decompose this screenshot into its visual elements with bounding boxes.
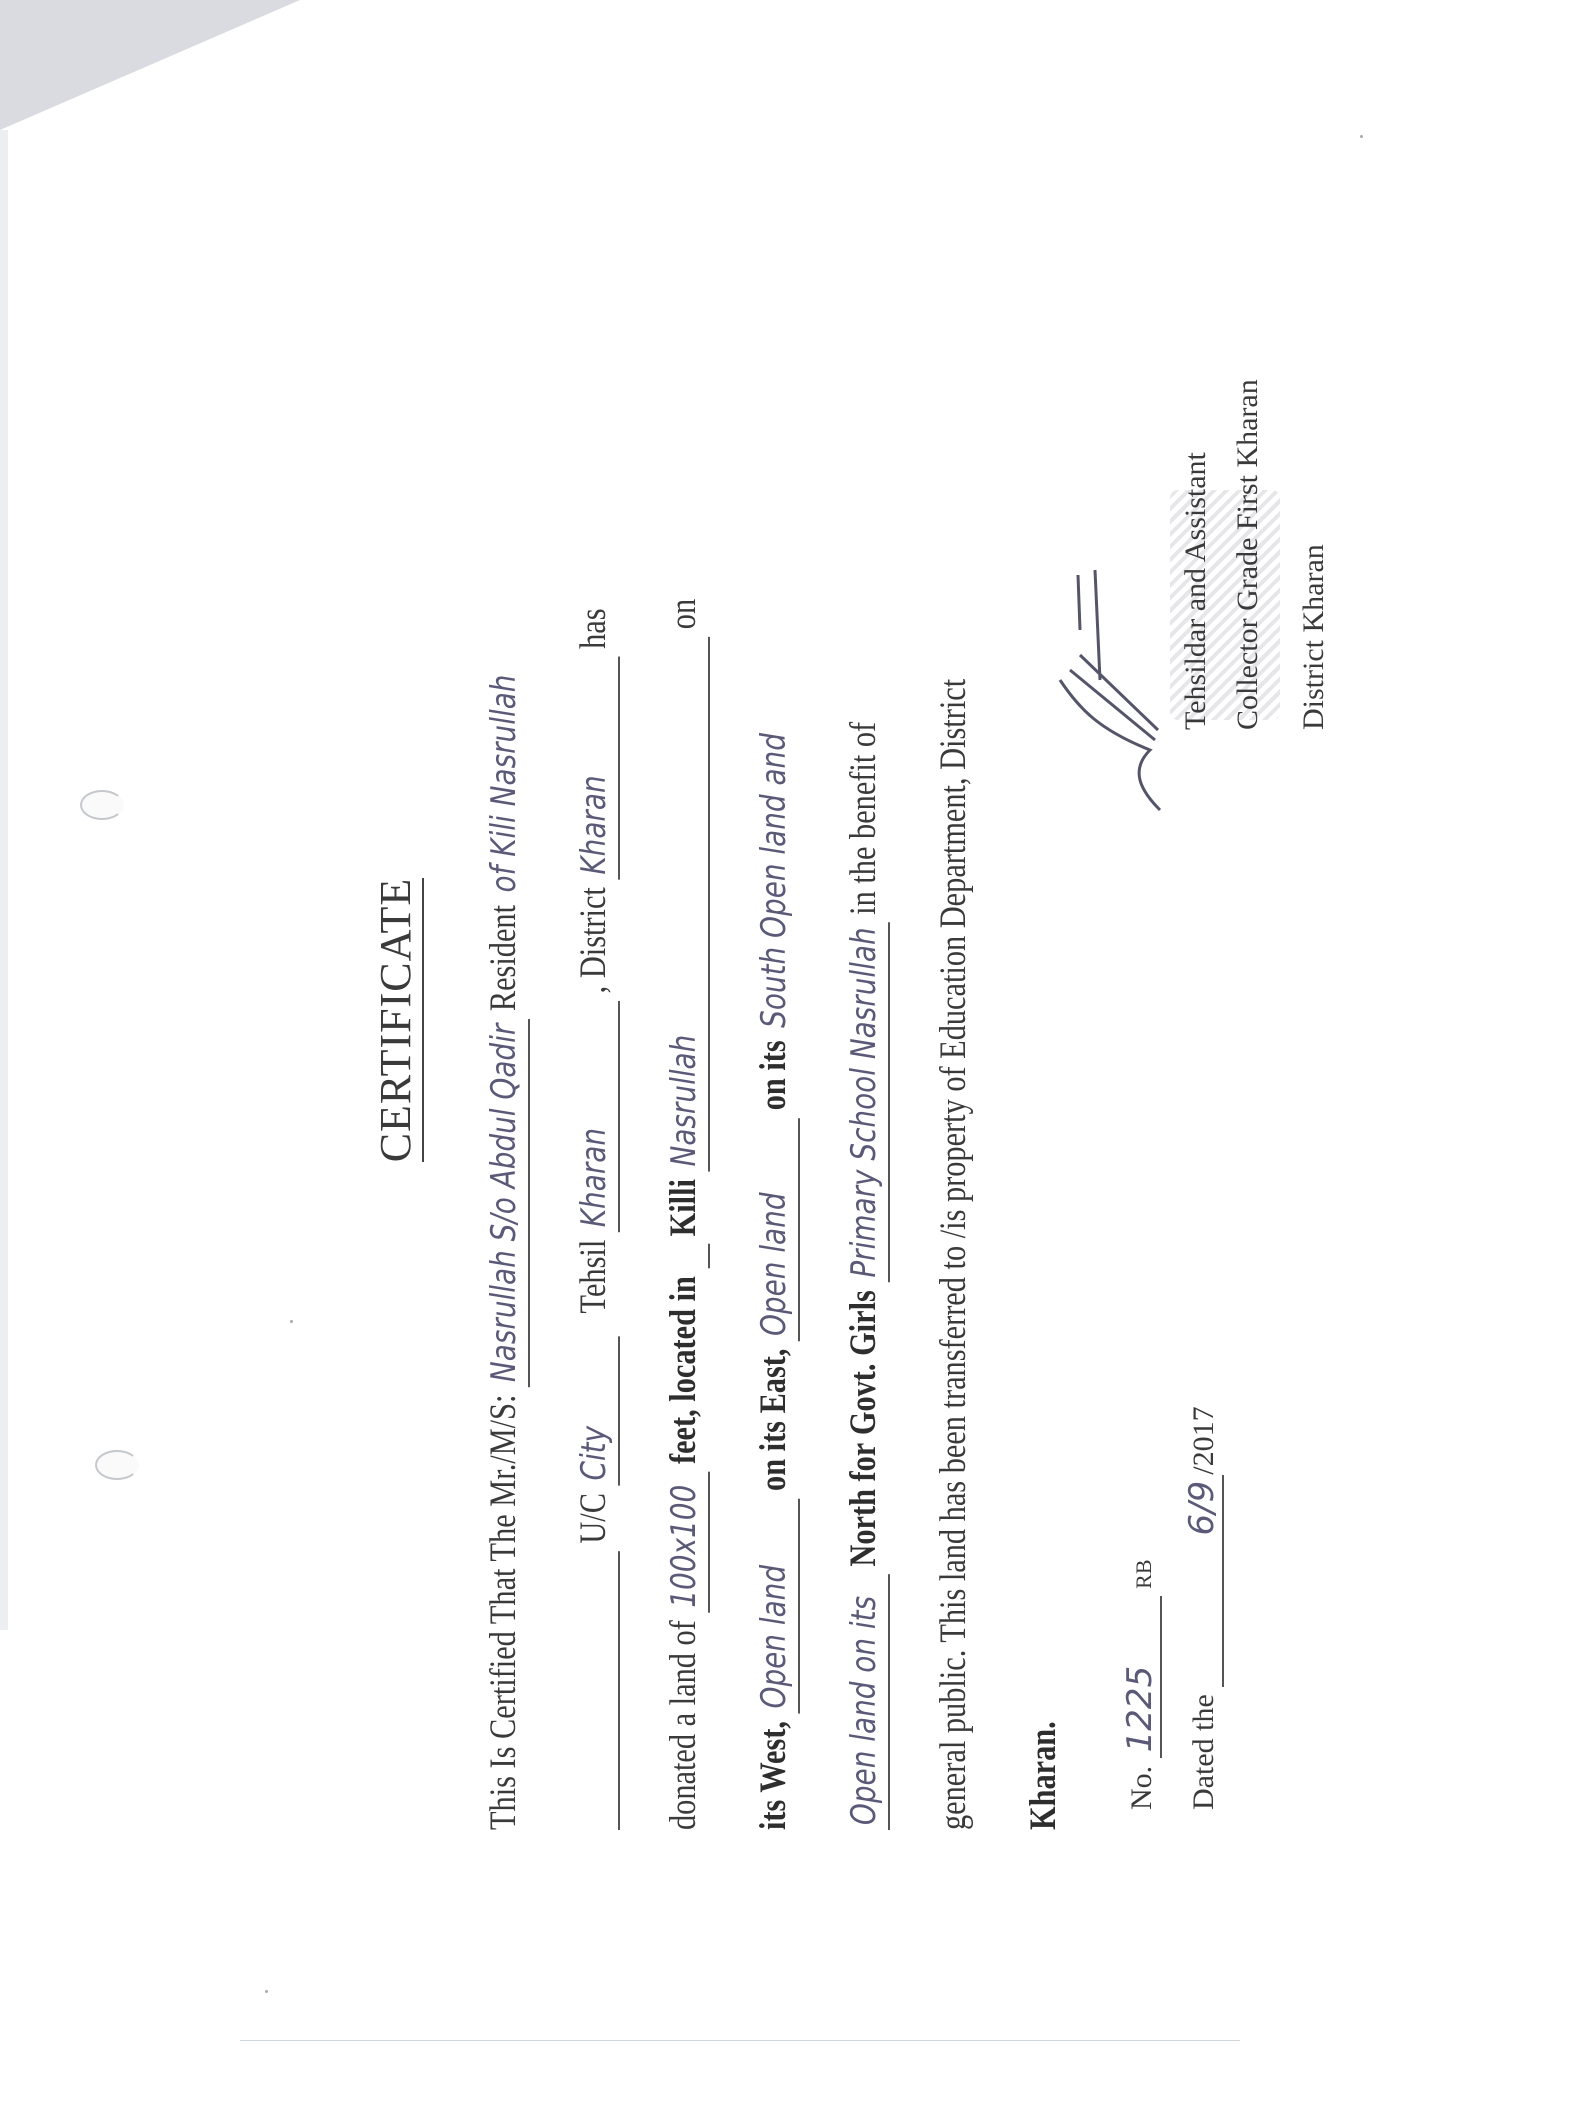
north-field: Open land on its: [840, 1574, 890, 1830]
scan-speck: [265, 1990, 268, 1993]
punch-hole: [95, 1450, 139, 1480]
residence-field: of Kili Nasrullah: [480, 670, 528, 898]
killi-field: Nasrullah: [660, 637, 710, 1172]
dated-label: Dated the: [1187, 1694, 1220, 1810]
certificate-page: CERTIFICATE This Is Certified That The M…: [240, 210, 1360, 1830]
body-line-4: its West, Open land on its East, Open la…: [750, 502, 800, 1830]
south-field: South Open land and: [750, 728, 798, 1033]
reference-block: No. 1225 RB Dated the 6/9/2017: [1120, 1406, 1244, 1810]
donor-name-field: Nasrullah S/o Abdul Qadir: [480, 1019, 530, 1387]
feet-located-text: feet, located in: [663, 1276, 704, 1464]
date-year: /2017: [1187, 1406, 1220, 1474]
date-row: Dated the 6/9/2017: [1182, 1406, 1224, 1810]
scan-speck: [1360, 135, 1363, 138]
blank-underline: [660, 1244, 710, 1269]
title-text: CERTIFICATE: [371, 878, 424, 1163]
west-label: its West,: [753, 1721, 794, 1830]
benefit-text: in the benefit of: [843, 722, 884, 915]
district-field: Kharan: [570, 657, 620, 880]
reference-number-row: No. 1225 RB: [1120, 1406, 1162, 1810]
reference-number-field: 1225: [1120, 1596, 1162, 1758]
certified-prefix: This Is Certified That The Mr./M/S:: [483, 1395, 524, 1830]
east-field: Open land: [750, 1118, 800, 1341]
certificate-title: CERTIFICATE: [370, 210, 421, 1830]
body-line-6: general public. This land has been trans…: [930, 502, 978, 1830]
district-label: , District: [573, 887, 614, 993]
school-field: Primary School Nasrullah: [840, 922, 890, 1282]
body-line-3: donated a land of 100x100 feet, located …: [660, 502, 710, 1830]
punch-hole: [80, 790, 124, 820]
east-label: on its East,: [753, 1349, 794, 1491]
land-size-field: 100x100: [660, 1472, 710, 1613]
resident-label: Resident: [483, 905, 524, 1011]
school-label: Govt. Girls: [843, 1290, 884, 1435]
body-line-5: Open land on its North for Govt. Girls P…: [840, 502, 890, 1830]
south-label: on its: [753, 1040, 794, 1110]
no-label: No.: [1125, 1766, 1158, 1810]
reference-suffix: RB: [1131, 1559, 1156, 1588]
scan-left-edge: [0, 130, 8, 1630]
signatory-district: District Kharan: [1288, 379, 1340, 730]
date-field: 6/9: [1182, 1475, 1224, 1687]
north-label: North for: [843, 1443, 884, 1567]
uc-field: City: [570, 1336, 620, 1485]
transfer-statement: general public. This land has been trans…: [933, 679, 974, 1830]
signatory-block: Tehsildar and Assistant Collector Grade …: [1170, 379, 1340, 730]
blank-underline: [570, 1551, 620, 1830]
scan-border-line: [240, 2040, 1240, 2041]
killi-label: Killi: [663, 1179, 704, 1236]
body-line-2: U/C City Tehsil Kharan , District Kharan…: [570, 502, 620, 1830]
on-text: on: [663, 599, 704, 629]
scan-corner-fold: [0, 0, 300, 130]
signatory-title: Tehsildar and Assistant: [1170, 379, 1222, 730]
has-text: has: [573, 608, 614, 648]
west-field: Open land: [750, 1499, 800, 1714]
donated-prefix: donated a land of: [663, 1620, 704, 1830]
signatory-designation: Collector Grade First Kharan: [1222, 379, 1274, 730]
tehsil-label: Tehsil: [573, 1240, 614, 1314]
district-name-end: Kharan.: [1023, 1721, 1064, 1830]
tehsil-field: Kharan: [570, 1001, 620, 1232]
uc-label: U/C: [573, 1493, 614, 1544]
body-line-1: This Is Certified That The Mr./M/S: Nasr…: [480, 502, 530, 1830]
signature-icon: [1040, 550, 1180, 830]
